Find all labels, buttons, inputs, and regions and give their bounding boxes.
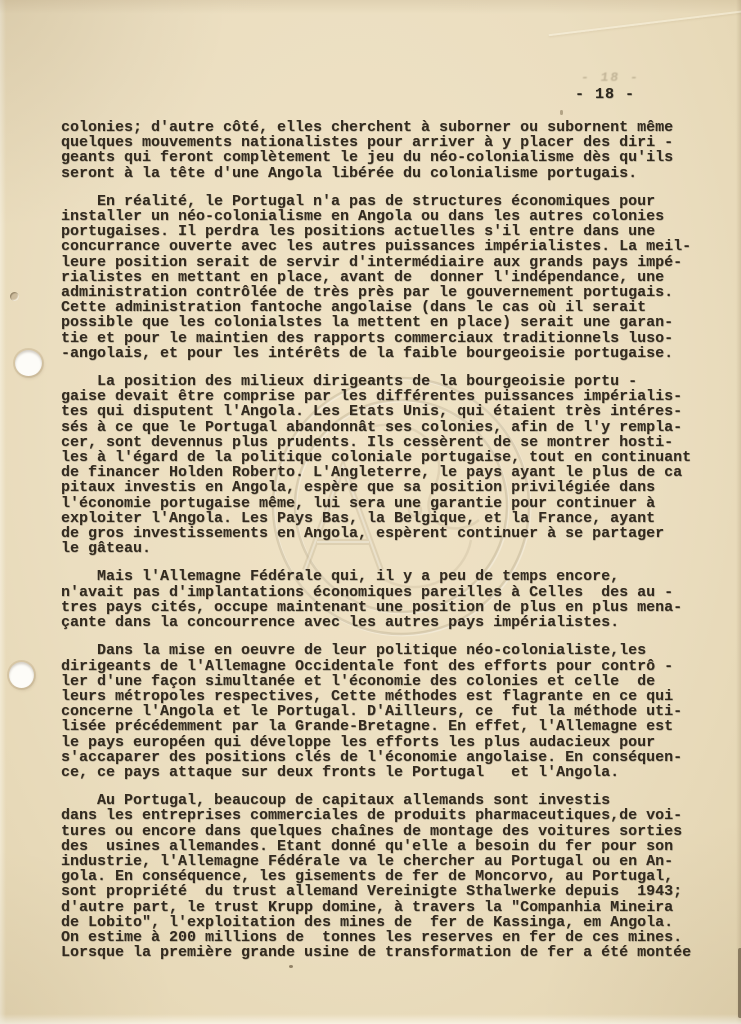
punch-hole-bottom	[9, 662, 34, 688]
paragraph-4: Mais l'Allemagne Fédérale qui, il y a pe…	[61, 569, 721, 630]
paragraph-3: La position des milieux dirigeants de la…	[61, 374, 721, 556]
page-number-ghost-marks: - 18 -	[580, 70, 641, 85]
small-punch-mark	[10, 292, 19, 301]
page-number: - 18 -	[575, 86, 635, 103]
paragraph-5: Dans la mise en oeuvre de leur politique…	[61, 643, 721, 780]
paragraph-1: colonies; d'autre côté, elles cherchent …	[61, 120, 721, 181]
paragraph-2: En réalité, le Portugal n'a pas de struc…	[61, 194, 721, 361]
paper-speck	[289, 965, 293, 968]
document-body: colonies; d'autre côté, elles cherchent …	[61, 120, 721, 960]
paper-speck	[560, 110, 563, 115]
punch-hole-top	[15, 350, 42, 376]
paragraph-6: Au Portugal, beaucoup de capitaux allema…	[61, 793, 721, 960]
